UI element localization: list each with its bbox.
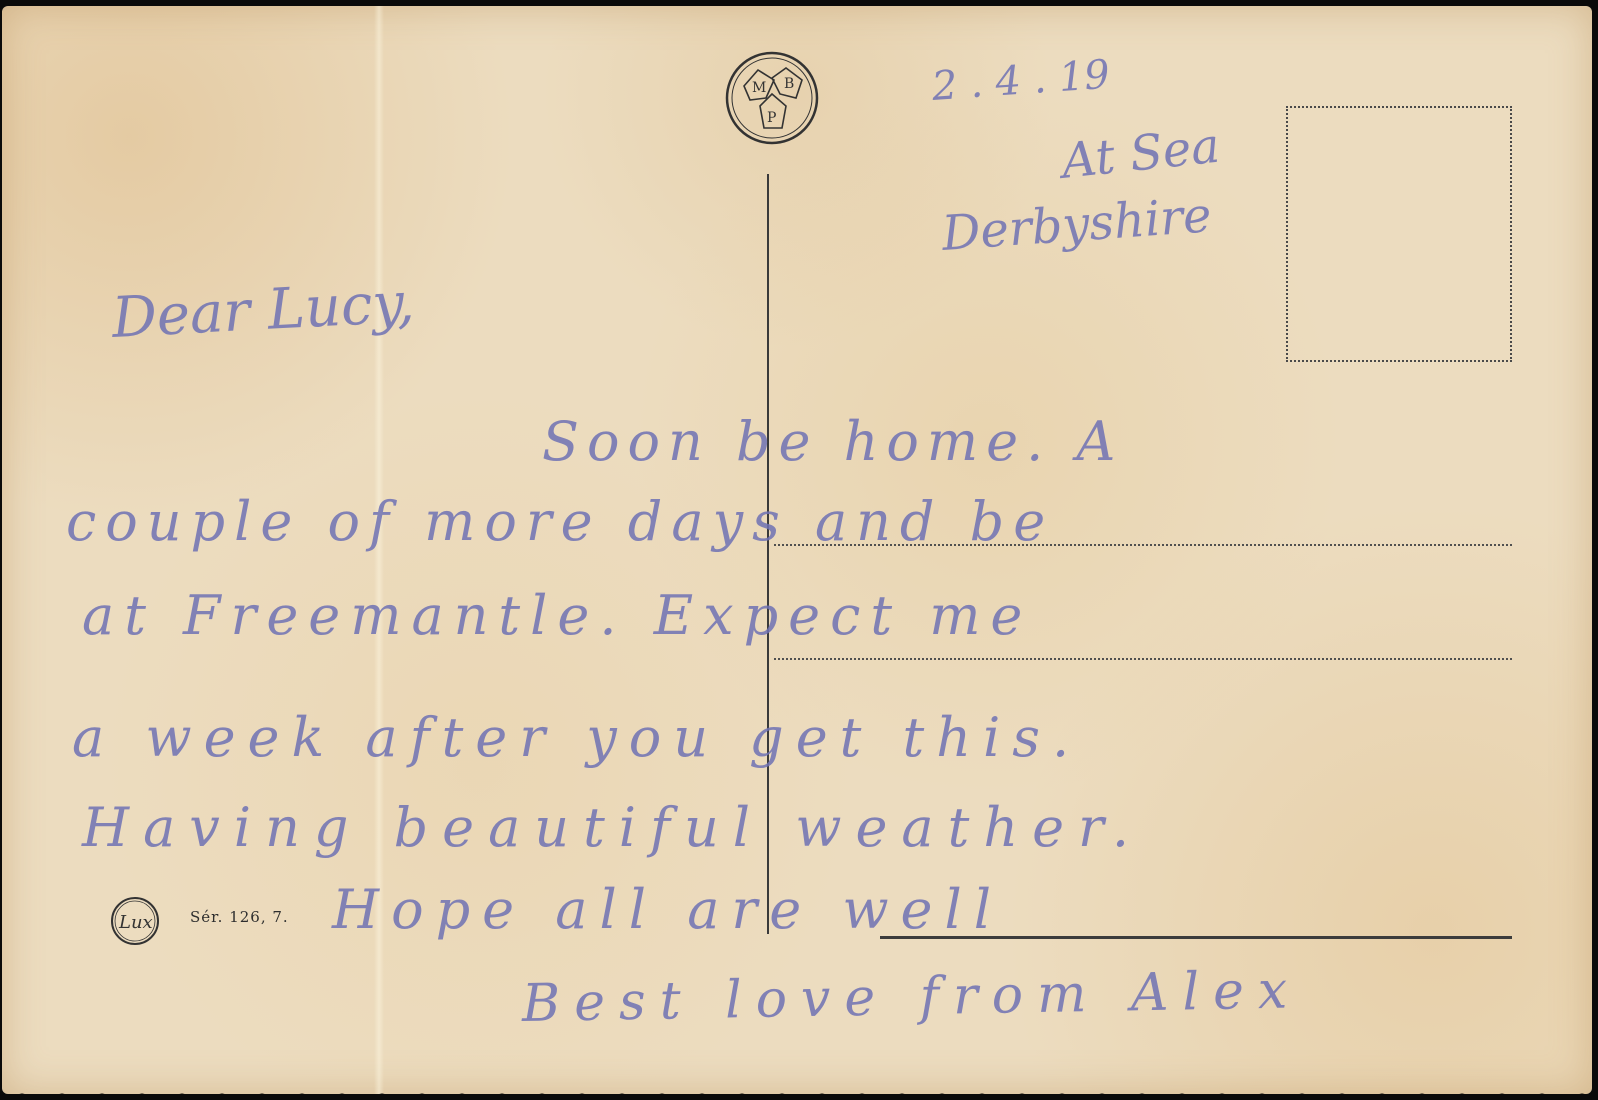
message-line: at Freemantle. Expect me xyxy=(82,584,1032,647)
series-number: Sér. 126, 7. xyxy=(190,908,289,926)
address-line-2 xyxy=(774,658,1512,660)
svg-text:M: M xyxy=(752,80,766,96)
message-line: Hope all are well xyxy=(332,878,1003,941)
lux-publisher-logo-icon: Lux xyxy=(110,896,160,946)
message-line: Soon be home. A xyxy=(542,410,1123,473)
handwritten-date: 2 . 4 . 19 xyxy=(930,52,1111,110)
svg-text:Lux: Lux xyxy=(118,912,153,933)
handwritten-location-line2: Derbyshire xyxy=(940,187,1213,262)
deckled-edge xyxy=(2,1088,1592,1098)
handwritten-greeting: Dear Lucy, xyxy=(110,270,416,351)
mbp-publisher-logo-icon: M B P xyxy=(724,50,820,146)
handwritten-location-line1: At Sea xyxy=(1059,118,1222,190)
stamp-placeholder xyxy=(1286,106,1512,362)
message-line: a week after you get this. xyxy=(72,706,1081,769)
svg-text:B: B xyxy=(784,76,794,92)
postcard-back: M B P Lux Sér. 126, 7. 2 . 4 . 19 At Sea… xyxy=(2,6,1592,1094)
message-line: couple of more days and be xyxy=(66,490,1054,553)
handwritten-signoff: Best love from Alex xyxy=(521,960,1301,1034)
svg-text:P: P xyxy=(767,110,776,126)
message-line: Having beautiful weather. xyxy=(82,796,1143,859)
